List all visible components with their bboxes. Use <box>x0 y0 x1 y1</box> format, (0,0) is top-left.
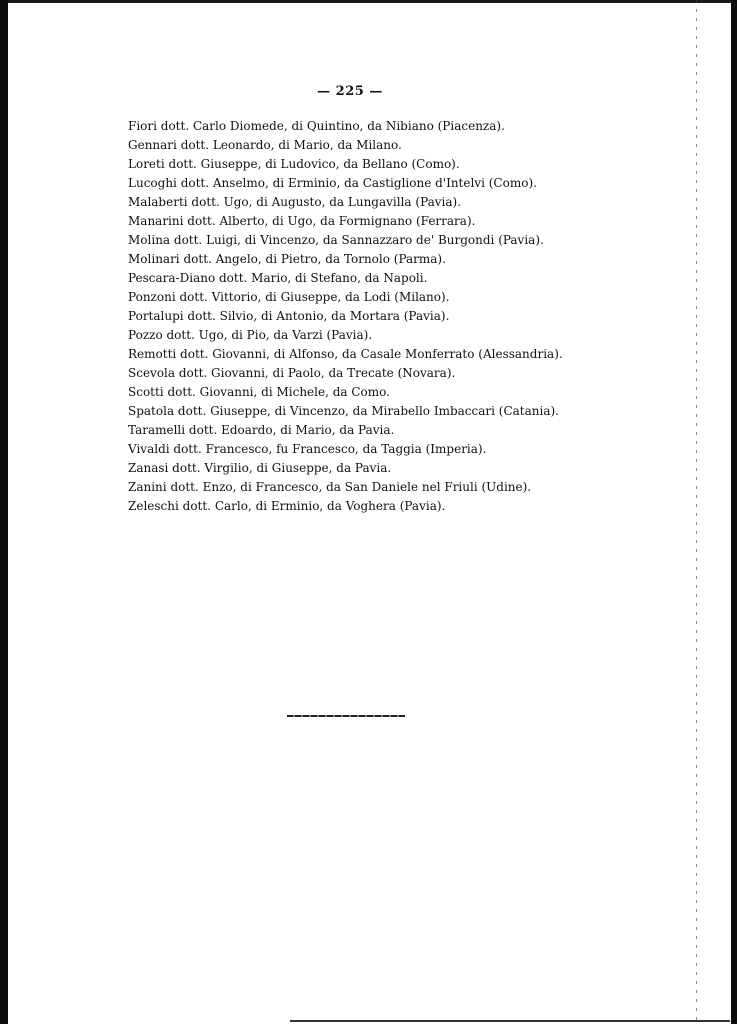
list-item: Pescara-Diano dott. Mario, di Stefano, d… <box>128 269 568 288</box>
list-item: Remotti dott. Giovanni, di Alfonso, da C… <box>128 345 568 364</box>
scan-left-border <box>0 0 8 1024</box>
list-item: Zanasi dott. Virgilio, di Giuseppe, da P… <box>128 459 568 478</box>
list-item: Molinari dott. Angelo, di Pietro, da Tor… <box>128 250 568 269</box>
scan-bottom-edge <box>290 1020 730 1022</box>
list-item: Zeleschi dott. Carlo, di Erminio, da Vog… <box>128 497 568 516</box>
list-item: Molina dott. Luigi, di Vincenzo, da Sann… <box>128 231 568 250</box>
scan-right-border <box>731 0 737 1024</box>
list-item: Zanini dott. Enzo, di Francesco, da San … <box>128 478 568 497</box>
list-item: Scotti dott. Giovanni, di Michele, da Co… <box>128 383 568 402</box>
list-item: Gennari dott. Leonardo, di Mario, da Mil… <box>128 136 568 155</box>
page-number: — 225 — <box>0 84 700 99</box>
list-item: Pozzo dott. Ugo, di Pio, da Varzi (Pavia… <box>128 326 568 345</box>
list-item: Fiori dott. Carlo Diomede, di Quintino, … <box>128 117 568 136</box>
list-item: Scevola dott. Giovanni, di Paolo, da Tre… <box>128 364 568 383</box>
name-list: Fiori dott. Carlo Diomede, di Quintino, … <box>128 117 568 516</box>
list-item: Taramelli dott. Edoardo, di Mario, da Pa… <box>128 421 568 440</box>
list-item: Manarini dott. Alberto, di Ugo, da Formi… <box>128 212 568 231</box>
list-item: Lucoghi dott. Anselmo, di Erminio, da Ca… <box>128 174 568 193</box>
list-item: Ponzoni dott. Vittorio, di Giuseppe, da … <box>128 288 568 307</box>
list-item: Vivaldi dott. Francesco, fu Francesco, d… <box>128 440 568 459</box>
scan-right-speckle <box>696 0 697 1024</box>
list-item: Malaberti dott. Ugo, di Augusto, da Lung… <box>128 193 568 212</box>
list-item: Loreti dott. Giuseppe, di Ludovico, da B… <box>128 155 568 174</box>
list-item: Spatola dott. Giuseppe, di Vincenzo, da … <box>128 402 568 421</box>
list-item: Portalupi dott. Silvio, di Antonio, da M… <box>128 307 568 326</box>
scan-top-border <box>0 0 737 3</box>
closing-rule <box>287 715 405 717</box>
